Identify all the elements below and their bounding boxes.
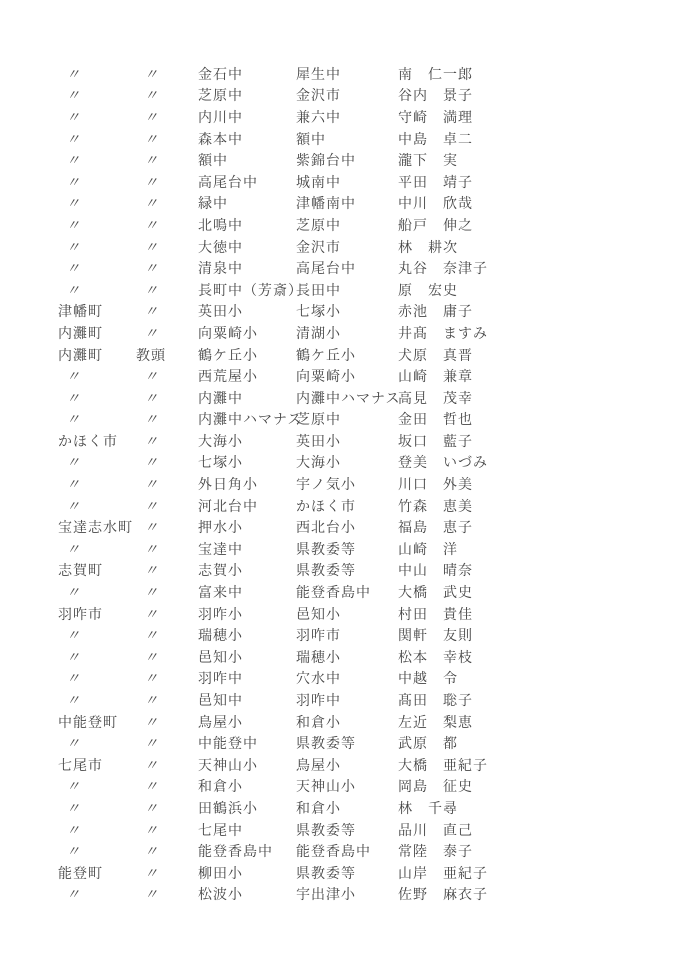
table-row: 〃 〃 額中 紫錦台中 瀧下 実 <box>0 149 680 171</box>
cell-name: 金田 哲也 <box>398 412 680 426</box>
cell-municipality: 〃 <box>58 261 136 275</box>
cell-to-school: 紫錦台中 <box>296 153 398 167</box>
cell-name: 中川 欣哉 <box>398 196 680 210</box>
table-row: 〃 〃 芝原中 金沢市 谷内 景子 <box>0 85 680 107</box>
cell-position: 〃 <box>136 175 198 189</box>
cell-position: 〃 <box>136 779 198 793</box>
cell-position: 〃 <box>136 110 198 124</box>
cell-from-school: 内川中 <box>198 110 296 124</box>
cell-from-school: 森本中 <box>198 132 296 146</box>
cell-to-school: 宇ノ気小 <box>296 477 398 491</box>
cell-municipality: 能登町 <box>58 866 136 880</box>
cell-from-school: 和倉小 <box>198 779 296 793</box>
cell-name: 丸谷 奈津子 <box>398 261 680 275</box>
cell-name: 福島 恵子 <box>398 520 680 534</box>
cell-position: 〃 <box>136 67 198 81</box>
cell-municipality: 宝達志水町 <box>58 520 136 534</box>
cell-position: 〃 <box>136 758 198 772</box>
cell-to-school: 天神山小 <box>296 779 398 793</box>
cell-municipality: 〃 <box>58 779 136 793</box>
cell-from-school: 北鳴中 <box>198 218 296 232</box>
cell-from-school: 天神山小 <box>198 758 296 772</box>
cell-to-school: 金沢市 <box>296 240 398 254</box>
table-row: 〃 〃 瑞穂小 羽咋市 関軒 友則 <box>0 624 680 646</box>
cell-municipality: 〃 <box>58 391 136 405</box>
table-row: 〃 〃 北鳴中 芝原中 船戸 伸之 <box>0 214 680 236</box>
cell-from-school: 邑知中 <box>198 693 296 707</box>
table-row: 〃 〃 邑知中 羽咋中 髙田 聡子 <box>0 689 680 711</box>
cell-municipality: 〃 <box>58 110 136 124</box>
cell-municipality: 〃 <box>58 412 136 426</box>
cell-municipality: 〃 <box>58 88 136 102</box>
cell-municipality: 中能登町 <box>58 715 136 729</box>
cell-municipality: 〃 <box>58 671 136 685</box>
cell-municipality: かほく市 <box>58 434 136 448</box>
table-row: 〃 〃 田鶴浜小 和倉小 林 千尋 <box>0 797 680 819</box>
cell-municipality: 〃 <box>58 823 136 837</box>
table-row: 津幡町 〃 英田小 七塚小 赤池 庸子 <box>0 301 680 323</box>
cell-position: 〃 <box>136 304 198 318</box>
cell-from-school: 西荒屋小 <box>198 369 296 383</box>
cell-name: 原 宏史 <box>398 283 680 297</box>
cell-municipality: 〃 <box>58 477 136 491</box>
cell-name: 坂口 藍子 <box>398 434 680 448</box>
cell-from-school: 柳田小 <box>198 866 296 880</box>
cell-municipality: 〃 <box>58 132 136 146</box>
cell-to-school: 県教委等 <box>296 736 398 750</box>
cell-position: 〃 <box>136 844 198 858</box>
cell-to-school: 羽咋中 <box>296 693 398 707</box>
cell-position: 〃 <box>136 650 198 664</box>
cell-from-school: 清泉中 <box>198 261 296 275</box>
cell-to-school: 県教委等 <box>296 823 398 837</box>
cell-position: 〃 <box>136 283 198 297</box>
cell-position: 〃 <box>136 628 198 642</box>
cell-position: 〃 <box>136 391 198 405</box>
cell-to-school: 穴水中 <box>296 671 398 685</box>
cell-from-school: 押水小 <box>198 520 296 534</box>
cell-to-school: 鶴ケ丘小 <box>296 348 398 362</box>
table-row: 〃 〃 森本中 額中 中島 卓二 <box>0 128 680 150</box>
table-row: 〃 〃 和倉小 天神山小 岡島 征史 <box>0 776 680 798</box>
cell-municipality: 内灘町 <box>58 326 136 340</box>
cell-from-school: 中能登中 <box>198 736 296 750</box>
cell-to-school: 大海小 <box>296 455 398 469</box>
table-row: 羽咋市 〃 羽咋小 邑知小 村田 貴佳 <box>0 603 680 625</box>
cell-name: 山崎 洋 <box>398 542 680 556</box>
cell-from-school: 富来中 <box>198 585 296 599</box>
cell-from-school: 宝達中 <box>198 542 296 556</box>
cell-from-school: 河北台中 <box>198 499 296 513</box>
cell-municipality: 〃 <box>58 801 136 815</box>
cell-municipality: 〃 <box>58 650 136 664</box>
cell-to-school: 高尾台中 <box>296 261 398 275</box>
cell-municipality: 〃 <box>58 153 136 167</box>
cell-municipality: 津幡町 <box>58 304 136 318</box>
cell-to-school: 西北台小 <box>296 520 398 534</box>
cell-position: 〃 <box>136 736 198 750</box>
cell-position: 〃 <box>136 434 198 448</box>
cell-from-school: 田鶴浜小 <box>198 801 296 815</box>
table-row: 〃 〃 金石中 犀生中 南 仁一郎 <box>0 63 680 85</box>
cell-from-school: 英田小 <box>198 304 296 318</box>
table-row: 内灘町 教頭 鶴ケ丘小 鶴ケ丘小 犬原 真晋 <box>0 344 680 366</box>
transfer-table: 〃 〃 金石中 犀生中 南 仁一郎 〃 〃 芝原中 金沢市 谷内 景子 〃 〃 … <box>0 63 680 905</box>
cell-position: 〃 <box>136 715 198 729</box>
cell-to-school: かほく市 <box>296 499 398 513</box>
cell-municipality: 〃 <box>58 218 136 232</box>
cell-municipality: 〃 <box>58 67 136 81</box>
cell-position: 〃 <box>136 542 198 556</box>
cell-name: 赤池 庸子 <box>398 304 680 318</box>
cell-name: 林 千尋 <box>398 801 680 815</box>
cell-from-school: 金石中 <box>198 67 296 81</box>
cell-to-school: 和倉小 <box>296 801 398 815</box>
cell-position: 〃 <box>136 412 198 426</box>
cell-municipality: 〃 <box>58 455 136 469</box>
cell-municipality: 内灘町 <box>58 348 136 362</box>
cell-from-school: 大海小 <box>198 434 296 448</box>
cell-position: 〃 <box>136 369 198 383</box>
cell-to-school: 城南中 <box>296 175 398 189</box>
cell-position: 〃 <box>136 88 198 102</box>
cell-municipality: 〃 <box>58 628 136 642</box>
table-row: 〃 〃 邑知小 瑞穂小 松本 幸枝 <box>0 646 680 668</box>
cell-name: 常陸 泰子 <box>398 844 680 858</box>
cell-position: 〃 <box>136 671 198 685</box>
cell-name: 山崎 兼章 <box>398 369 680 383</box>
cell-municipality: 〃 <box>58 499 136 513</box>
table-row: 〃 〃 松波小 宇出津小 佐野 麻衣子 <box>0 884 680 906</box>
cell-name: 中島 卓二 <box>398 132 680 146</box>
cell-from-school: 外日角小 <box>198 477 296 491</box>
cell-position: 〃 <box>136 218 198 232</box>
cell-name: 大橋 武史 <box>398 585 680 599</box>
cell-municipality: 志賀町 <box>58 563 136 577</box>
cell-from-school: 能登香島中 <box>198 844 296 858</box>
table-row: 〃 〃 七尾中 県教委等 品川 直己 <box>0 819 680 841</box>
cell-from-school: 瑞穂小 <box>198 628 296 642</box>
document-page: 〃 〃 金石中 犀生中 南 仁一郎 〃 〃 芝原中 金沢市 谷内 景子 〃 〃 … <box>0 0 680 961</box>
cell-position: 〃 <box>136 326 198 340</box>
cell-name: 武原 都 <box>398 736 680 750</box>
cell-name: 髙田 聡子 <box>398 693 680 707</box>
cell-municipality: 〃 <box>58 887 136 901</box>
cell-position: 〃 <box>136 455 198 469</box>
cell-position: 〃 <box>136 261 198 275</box>
cell-position: 〃 <box>136 693 198 707</box>
cell-position: 〃 <box>136 196 198 210</box>
cell-name: 平田 靖子 <box>398 175 680 189</box>
cell-from-school: 高尾台中 <box>198 175 296 189</box>
cell-position: 〃 <box>136 563 198 577</box>
table-row: 能登町 〃 柳田小 県教委等 山岸 亜紀子 <box>0 862 680 884</box>
cell-name: 船戸 伸之 <box>398 218 680 232</box>
cell-to-school: 芝原中 <box>296 218 398 232</box>
table-row: 〃 〃 宝達中 県教委等 山崎 洋 <box>0 538 680 560</box>
table-row: 〃 〃 高尾台中 城南中 平田 靖子 <box>0 171 680 193</box>
cell-name: 高見 茂幸 <box>398 391 680 405</box>
cell-municipality: 〃 <box>58 196 136 210</box>
cell-position: 〃 <box>136 801 198 815</box>
cell-to-school: 県教委等 <box>296 563 398 577</box>
cell-from-school: 内灘中 <box>198 391 296 405</box>
cell-name: 関軒 友則 <box>398 628 680 642</box>
cell-to-school: 瑞穂小 <box>296 650 398 664</box>
cell-name: 村田 貴佳 <box>398 607 680 621</box>
cell-from-school: 鳥屋小 <box>198 715 296 729</box>
cell-to-school: 金沢市 <box>296 88 398 102</box>
cell-from-school: 志賀小 <box>198 563 296 577</box>
cell-from-school: 芝原中 <box>198 88 296 102</box>
cell-position: 〃 <box>136 153 198 167</box>
table-row: 〃 〃 大徳中 金沢市 林 耕次 <box>0 236 680 258</box>
table-row: 〃 〃 能登香島中 能登香島中 常陸 泰子 <box>0 840 680 862</box>
cell-municipality: 〃 <box>58 693 136 707</box>
cell-municipality: 〃 <box>58 175 136 189</box>
table-row: 〃 〃 内灘中ハマナス 芝原中 金田 哲也 <box>0 409 680 431</box>
cell-to-school: 羽咋市 <box>296 628 398 642</box>
cell-from-school: 松波小 <box>198 887 296 901</box>
cell-from-school: 向粟崎小 <box>198 326 296 340</box>
cell-position: 〃 <box>136 499 198 513</box>
cell-name: 瀧下 実 <box>398 153 680 167</box>
cell-to-school: 清湖小 <box>296 326 398 340</box>
cell-position: 〃 <box>136 477 198 491</box>
cell-to-school: 能登香島中 <box>296 585 398 599</box>
cell-municipality: 〃 <box>58 585 136 599</box>
cell-municipality: 〃 <box>58 542 136 556</box>
cell-to-school: 県教委等 <box>296 542 398 556</box>
cell-name: 林 耕次 <box>398 240 680 254</box>
table-row: 〃 〃 河北台中 かほく市 竹森 恵美 <box>0 495 680 517</box>
cell-to-school: 英田小 <box>296 434 398 448</box>
cell-position: 〃 <box>136 132 198 146</box>
table-row: 七尾市 〃 天神山小 鳥屋小 大橋 亜紀子 <box>0 754 680 776</box>
cell-name: 守崎 満理 <box>398 110 680 124</box>
table-row: 〃 〃 緑中 津幡南中 中川 欣哉 <box>0 193 680 215</box>
cell-to-school: 邑知小 <box>296 607 398 621</box>
cell-position: 〃 <box>136 520 198 534</box>
cell-to-school: 鳥屋小 <box>296 758 398 772</box>
cell-name: 登美 いづみ <box>398 455 680 469</box>
cell-name: 品川 直己 <box>398 823 680 837</box>
cell-name: 谷内 景子 <box>398 88 680 102</box>
cell-from-school: 額中 <box>198 153 296 167</box>
cell-position: 〃 <box>136 607 198 621</box>
cell-position: 〃 <box>136 887 198 901</box>
table-row: 〃 〃 中能登中 県教委等 武原 都 <box>0 732 680 754</box>
table-row: 志賀町 〃 志賀小 県教委等 中山 晴奈 <box>0 560 680 582</box>
table-row: 〃 〃 富来中 能登香島中 大橋 武史 <box>0 581 680 603</box>
cell-from-school: 羽咋中 <box>198 671 296 685</box>
table-row: 〃 〃 長町中（芳斎） 長田中 原 宏史 <box>0 279 680 301</box>
table-row: 中能登町 〃 鳥屋小 和倉小 左近 梨恵 <box>0 711 680 733</box>
cell-name: 中越 令 <box>398 671 680 685</box>
cell-name: 中山 晴奈 <box>398 563 680 577</box>
cell-to-school: 県教委等 <box>296 866 398 880</box>
cell-to-school: 芝原中 <box>296 412 398 426</box>
cell-position: 〃 <box>136 823 198 837</box>
cell-from-school: 羽咋小 <box>198 607 296 621</box>
cell-name: 松本 幸枝 <box>398 650 680 664</box>
cell-to-school: 和倉小 <box>296 715 398 729</box>
cell-name: 佐野 麻衣子 <box>398 887 680 901</box>
cell-position: 〃 <box>136 240 198 254</box>
cell-to-school: 額中 <box>296 132 398 146</box>
cell-from-school: 大徳中 <box>198 240 296 254</box>
cell-municipality: 〃 <box>58 844 136 858</box>
cell-position: 〃 <box>136 866 198 880</box>
cell-from-school: 内灘中ハマナス <box>198 412 296 426</box>
cell-from-school: 七尾中 <box>198 823 296 837</box>
cell-to-school: 兼六中 <box>296 110 398 124</box>
cell-name: 井髙 ますみ <box>398 326 680 340</box>
cell-municipality: 羽咋市 <box>58 607 136 621</box>
cell-to-school: 長田中 <box>296 283 398 297</box>
cell-name: 岡島 征史 <box>398 779 680 793</box>
table-row: 〃 〃 清泉中 高尾台中 丸谷 奈津子 <box>0 257 680 279</box>
cell-to-school: 向粟崎小 <box>296 369 398 383</box>
cell-position: 教頭 <box>136 348 198 362</box>
cell-name: 犬原 真晋 <box>398 348 680 362</box>
cell-from-school: 鶴ケ丘小 <box>198 348 296 362</box>
cell-name: 山岸 亜紀子 <box>398 866 680 880</box>
cell-municipality: 〃 <box>58 369 136 383</box>
table-row: 〃 〃 内川中 兼六中 守崎 満理 <box>0 106 680 128</box>
cell-to-school: 七塚小 <box>296 304 398 318</box>
cell-from-school: 緑中 <box>198 196 296 210</box>
cell-name: 左近 梨恵 <box>398 715 680 729</box>
cell-name: 竹森 恵美 <box>398 499 680 513</box>
table-row: 宝達志水町 〃 押水小 西北台小 福島 恵子 <box>0 516 680 538</box>
table-row: 〃 〃 西荒屋小 向粟崎小 山崎 兼章 <box>0 365 680 387</box>
cell-to-school: 津幡南中 <box>296 196 398 210</box>
table-row: 〃 〃 七塚小 大海小 登美 いづみ <box>0 452 680 474</box>
cell-municipality: 〃 <box>58 240 136 254</box>
cell-municipality: 〃 <box>58 283 136 297</box>
cell-position: 〃 <box>136 585 198 599</box>
cell-to-school: 能登香島中 <box>296 844 398 858</box>
cell-to-school: 犀生中 <box>296 67 398 81</box>
cell-name: 大橋 亜紀子 <box>398 758 680 772</box>
cell-from-school: 七塚小 <box>198 455 296 469</box>
cell-to-school: 宇出津小 <box>296 887 398 901</box>
cell-municipality: 〃 <box>58 736 136 750</box>
cell-municipality: 七尾市 <box>58 758 136 772</box>
cell-from-school: 長町中（芳斎） <box>198 283 296 297</box>
cell-from-school: 邑知小 <box>198 650 296 664</box>
table-row: 〃 〃 内灘中 内灘中ハマナス 高見 茂幸 <box>0 387 680 409</box>
table-row: 〃 〃 外日角小 宇ノ気小 川口 外美 <box>0 473 680 495</box>
table-row: 〃 〃 羽咋中 穴水中 中越 令 <box>0 668 680 690</box>
table-row: かほく市 〃 大海小 英田小 坂口 藍子 <box>0 430 680 452</box>
cell-name: 川口 外美 <box>398 477 680 491</box>
cell-name: 南 仁一郎 <box>398 67 680 81</box>
table-row: 内灘町 〃 向粟崎小 清湖小 井髙 ますみ <box>0 322 680 344</box>
cell-to-school: 内灘中ハマナス <box>296 391 398 405</box>
